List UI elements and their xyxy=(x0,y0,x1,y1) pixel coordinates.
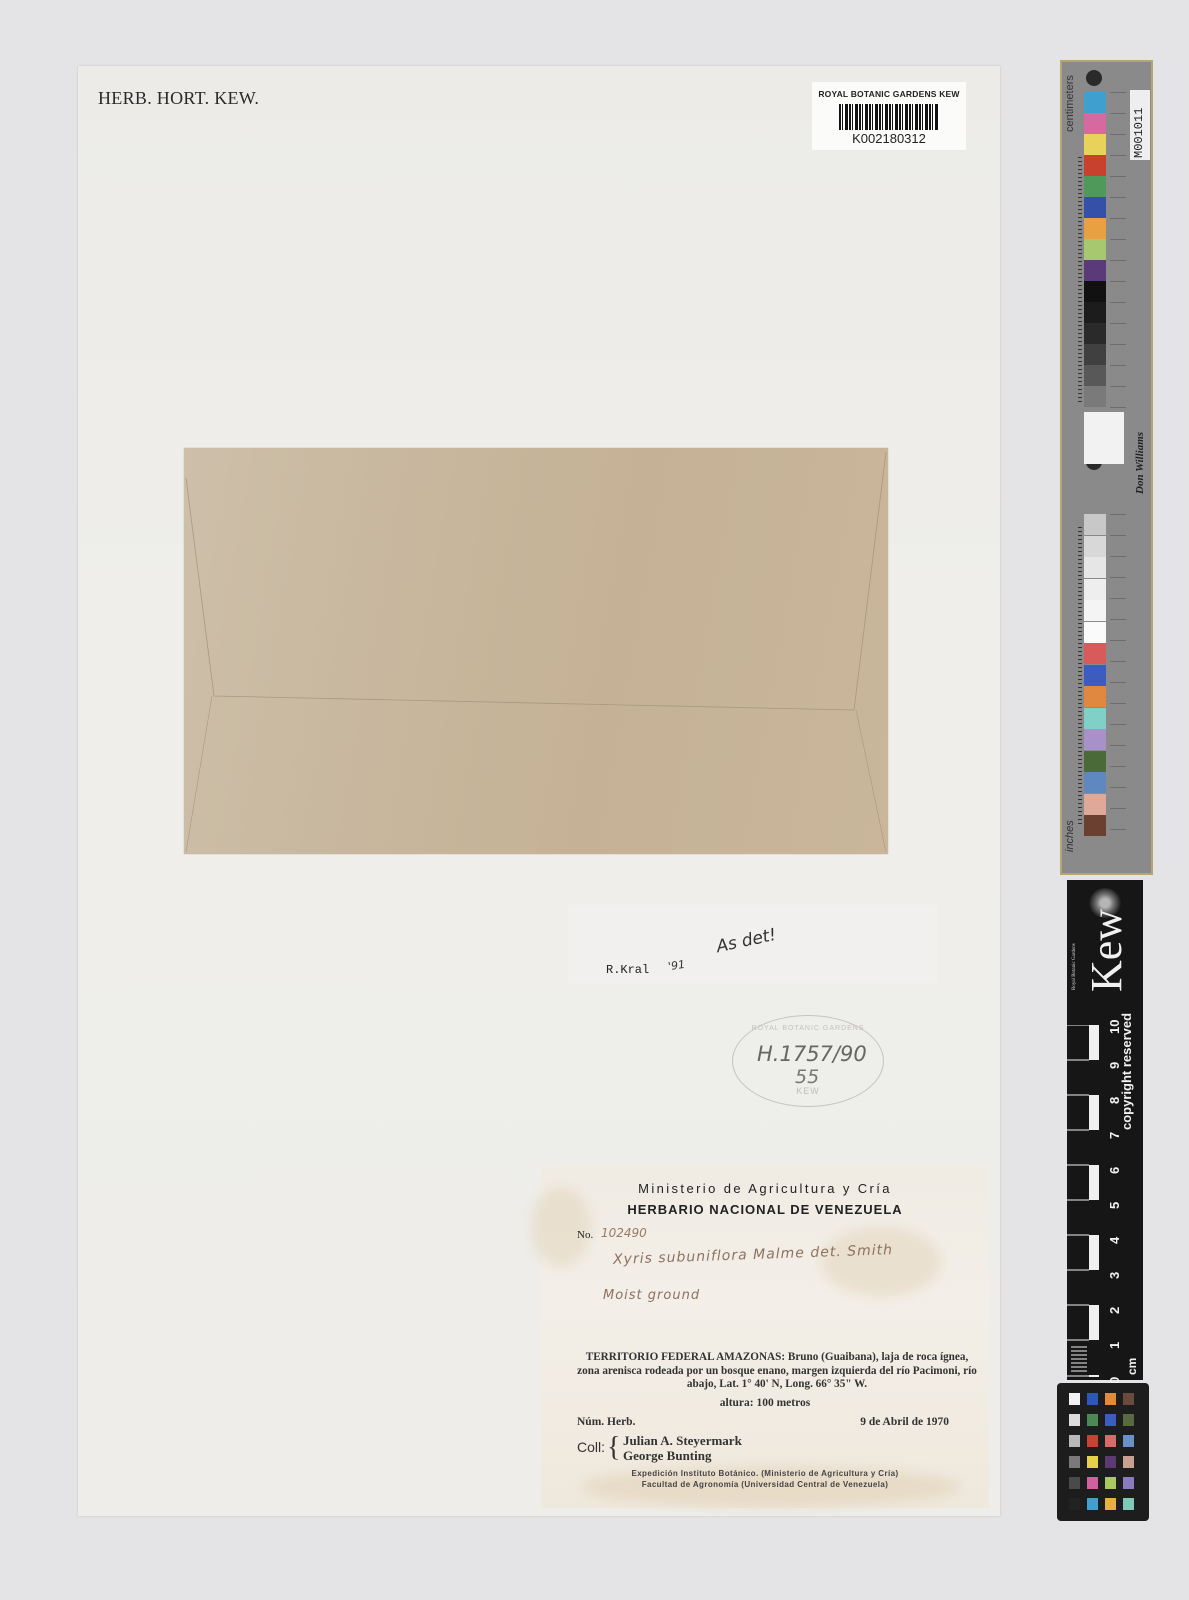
color-checker-card xyxy=(1057,1383,1149,1521)
color-swatch xyxy=(1084,600,1106,621)
color-swatch xyxy=(1084,176,1106,197)
color-swatch xyxy=(1084,514,1106,535)
checker-patch xyxy=(1069,1456,1080,1468)
color-swatch xyxy=(1084,536,1106,557)
checker-patch xyxy=(1105,1456,1116,1468)
kew-unit-label: cm xyxy=(1125,1358,1139,1375)
stain xyxy=(531,1187,591,1267)
color-swatch xyxy=(1084,134,1106,155)
ruler-resolution-target xyxy=(1084,412,1124,464)
color-swatch xyxy=(1084,302,1106,323)
checker-patch xyxy=(1123,1414,1134,1426)
ruler-centimeters-label: centimeters xyxy=(1064,75,1076,132)
ruler-id-label: M001011 xyxy=(1130,90,1150,160)
barcode-icon xyxy=(839,104,939,130)
checker-patch xyxy=(1069,1393,1080,1405)
stamp-ring-text: ROYAL BOTANIC GARDENS xyxy=(733,1025,883,1032)
checker-patch xyxy=(1105,1498,1116,1510)
color-swatch xyxy=(1084,113,1106,134)
color-swatch xyxy=(1084,579,1106,600)
color-swatch xyxy=(1084,686,1106,707)
barcode-institution: ROYAL BOTANIC GARDENS KEW xyxy=(812,89,966,99)
color-calibration-ruler: centimeters inches M001011 Don Williams xyxy=(1060,60,1153,875)
ruler-density-grid xyxy=(1110,92,1126,408)
determination-year: '91 xyxy=(667,958,686,973)
checker-patch xyxy=(1087,1435,1098,1447)
barcode-label: ROYAL BOTANIC GARDENS KEW K002180312 xyxy=(812,82,966,150)
checker-patch xyxy=(1069,1477,1080,1489)
checker-patch xyxy=(1123,1498,1134,1510)
color-swatch xyxy=(1084,772,1106,793)
checker-patch xyxy=(1105,1414,1116,1426)
kew-subtitle: Royal Botanic Gardens xyxy=(1072,943,1077,990)
color-swatch xyxy=(1084,365,1106,386)
checker-patch xyxy=(1123,1456,1134,1468)
scale-tick-label: 9 xyxy=(1107,1062,1122,1069)
color-swatch xyxy=(1084,729,1106,750)
checker-patch xyxy=(1069,1435,1080,1447)
checker-patch xyxy=(1087,1477,1098,1489)
color-swatch xyxy=(1084,386,1106,407)
fragment-envelope xyxy=(184,448,888,854)
checker-patch xyxy=(1123,1477,1134,1489)
brace-icon: { xyxy=(607,1432,620,1464)
checker-patch xyxy=(1087,1414,1098,1426)
label-expedition: Expedición Instituto Botánico. (Minister… xyxy=(541,1469,989,1478)
checker-patch xyxy=(1123,1393,1134,1405)
accession-stamp: ROYAL BOTANIC GARDENS H.1757/90 55 KEW xyxy=(732,1015,884,1107)
stamp-accession-number: H.1757/90 xyxy=(757,1042,867,1066)
stain xyxy=(821,1227,941,1297)
scale-tick-label: 10 xyxy=(1107,1020,1122,1034)
scale-tick-label: 3 xyxy=(1107,1272,1122,1279)
label-ministry: Ministerio de Agricultura y Cría xyxy=(541,1181,989,1196)
stamp-sub-number: 55 xyxy=(795,1066,819,1088)
label-altitude: altura: 100 metros xyxy=(541,1397,989,1409)
checker-patch xyxy=(1105,1477,1116,1489)
label-locality: TERRITORIO FEDERAL AMAZONAS: Bruno (Guai… xyxy=(577,1351,977,1392)
color-swatch xyxy=(1084,281,1106,302)
scale-tick-label: 2 xyxy=(1107,1307,1122,1314)
ruler-brand: Don Williams xyxy=(1134,432,1146,494)
label-collectors-label: Coll: xyxy=(577,1439,605,1455)
color-swatch xyxy=(1084,708,1106,729)
color-swatch xyxy=(1084,622,1106,643)
color-swatch xyxy=(1084,794,1106,815)
scale-tick-label: 8 xyxy=(1107,1097,1122,1104)
color-swatch xyxy=(1084,239,1106,260)
determination-note: As det! xyxy=(715,925,778,957)
checker-patch xyxy=(1123,1435,1134,1447)
checker-patch xyxy=(1105,1435,1116,1447)
color-swatch xyxy=(1084,344,1106,365)
checker-patch xyxy=(1069,1414,1080,1426)
scale-tick-label: 6 xyxy=(1107,1167,1122,1174)
envelope-fold-lines-icon xyxy=(184,448,888,854)
label-habitat: Moist ground xyxy=(603,1288,700,1303)
kew-scale-bar: Royal Botanic Gardens Kew copyright rese… xyxy=(1067,880,1143,1380)
label-number: 102490 xyxy=(601,1226,647,1240)
color-swatch xyxy=(1084,815,1106,836)
color-swatch xyxy=(1084,197,1106,218)
label-herbarium: HERBARIO NACIONAL DE VENEZUELA xyxy=(541,1202,989,1217)
label-collector: Julian A. Steyermark xyxy=(623,1433,742,1449)
label-expedition: Facultad de Agronomía (Universidad Centr… xyxy=(541,1480,989,1489)
scale-tick-label: 5 xyxy=(1107,1202,1122,1209)
collection-label: Ministerio de Agricultura y Cría HERBARI… xyxy=(541,1167,989,1508)
label-collector: George Bunting xyxy=(623,1448,711,1464)
scale-tick-label: 1 xyxy=(1107,1342,1122,1349)
color-swatch xyxy=(1084,155,1106,176)
determination-slip: As det! R.Kral '91 xyxy=(568,905,938,983)
label-num-herb: Núm. Herb. xyxy=(577,1416,635,1428)
kew-logo: Kew xyxy=(1081,909,1132,992)
ruler-density-grid xyxy=(1110,514,1126,834)
stamp-footer: KEW xyxy=(733,1086,883,1096)
color-swatch xyxy=(1084,643,1106,664)
ruler-scale xyxy=(1078,527,1082,827)
color-swatch xyxy=(1084,218,1106,239)
checker-patch xyxy=(1087,1498,1098,1510)
color-swatch xyxy=(1084,260,1106,281)
scale-tick-label: 7 xyxy=(1107,1132,1122,1139)
herbarium-heading: HERB. HORT. KEW. xyxy=(98,88,259,109)
barcode-number: K002180312 xyxy=(812,131,966,146)
color-swatch xyxy=(1084,665,1106,686)
cm-scale-icon xyxy=(1067,1025,1101,1377)
label-number-prefix: No. xyxy=(577,1229,593,1241)
color-swatch xyxy=(1084,557,1106,578)
color-swatch xyxy=(1084,92,1106,113)
ruler-hole-icon xyxy=(1086,70,1102,86)
color-swatch xyxy=(1084,751,1106,772)
scale-tick-label: 4 xyxy=(1107,1237,1122,1244)
ruler-scale xyxy=(1078,157,1082,402)
color-swatch xyxy=(1084,323,1106,344)
label-date: 9 de Abril de 1970 xyxy=(860,1416,949,1428)
determiner-name: R.Kral xyxy=(606,963,649,977)
checker-patch xyxy=(1087,1393,1098,1405)
ruler-inches-label: inches xyxy=(1064,820,1076,852)
checker-patch xyxy=(1069,1498,1080,1510)
checker-patch xyxy=(1087,1456,1098,1468)
checker-patch xyxy=(1105,1393,1116,1405)
